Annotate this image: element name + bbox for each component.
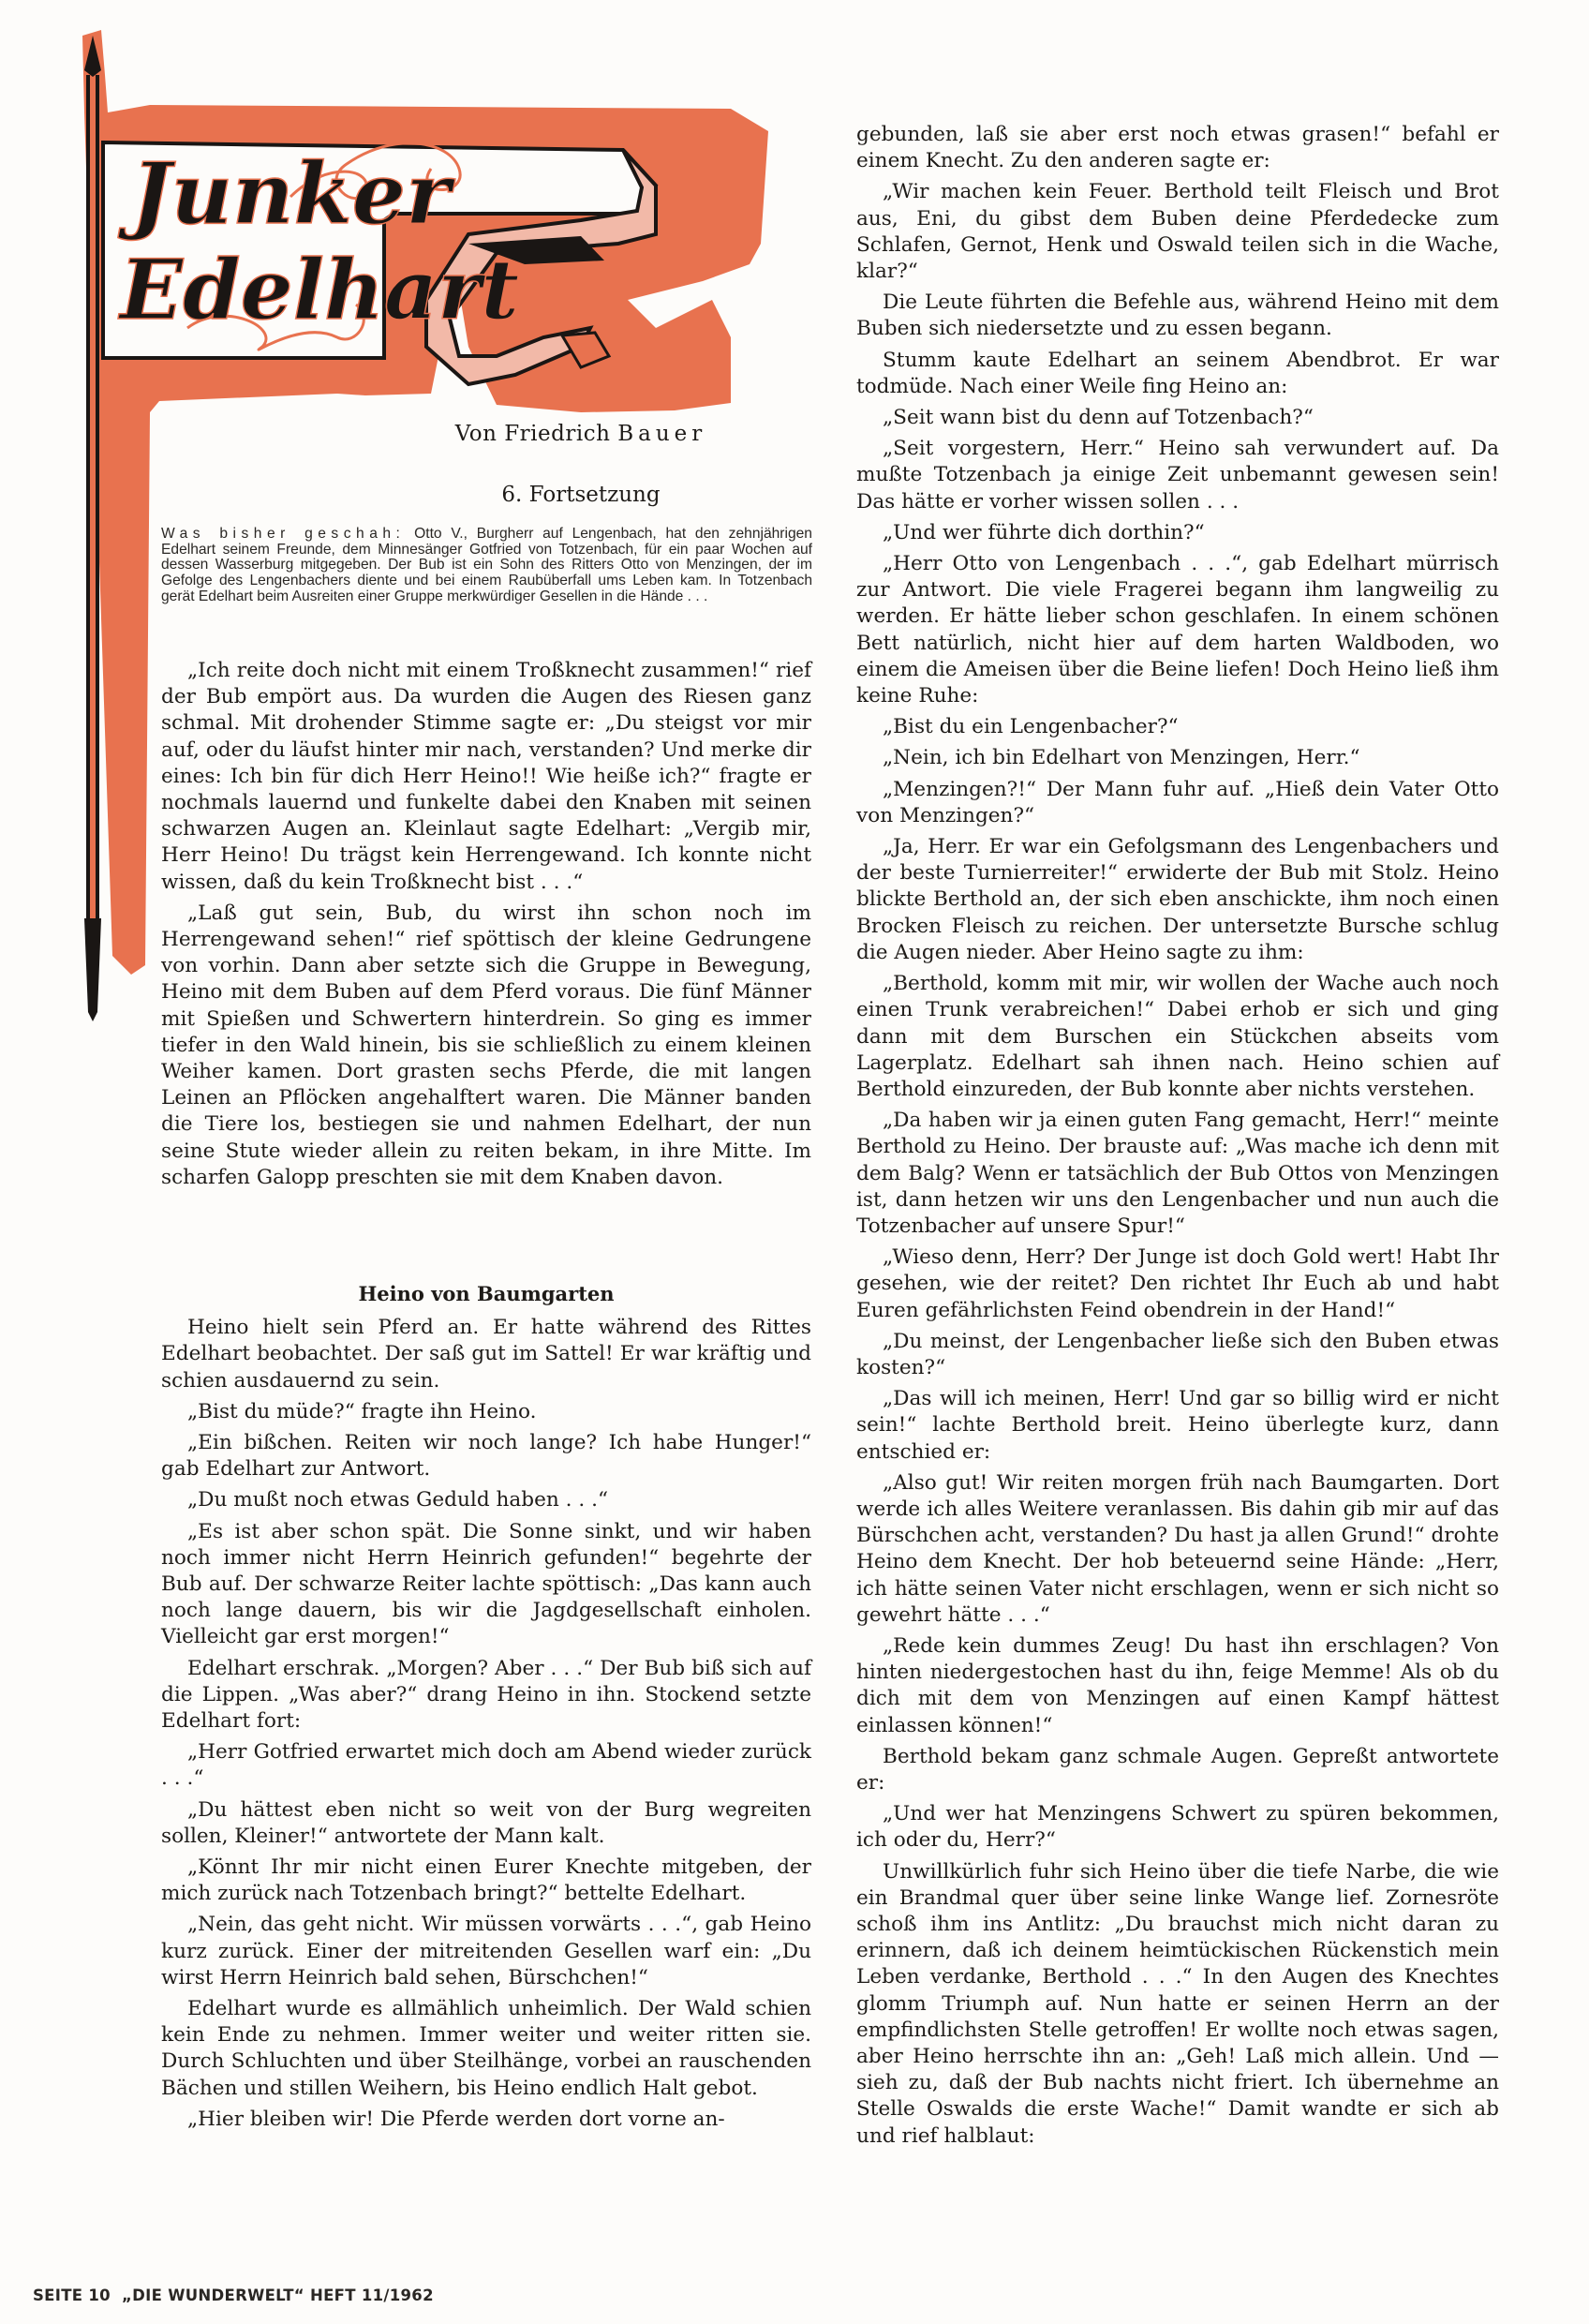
paragraph: „Nein, ich bin Edelhart von Menzingen, H… bbox=[856, 745, 1499, 771]
paragraph: „Seit vorgestern, Herr.“ Heino sah verwu… bbox=[856, 436, 1499, 515]
page-footer: SEITE 10 „DIE WUNDERWELT“ HEFT 11/1962 bbox=[33, 2287, 434, 2304]
paragraph: „Bist du ein Lengenbacher?“ bbox=[856, 714, 1499, 740]
byline-author: Bauer bbox=[617, 422, 706, 446]
byline: Von Friedrich Bauer bbox=[347, 422, 815, 446]
paragraph-continuation: gebunden, laß sie aber erst noch etwas g… bbox=[856, 122, 1499, 174]
byline-prefix: Von Friedrich bbox=[455, 422, 611, 446]
paragraph: „Du hättest eben nicht so weit von der B… bbox=[161, 1797, 811, 1850]
paragraph: Heino hielt sein Pferd an. Er hatte währ… bbox=[161, 1315, 811, 1394]
paragraph: Die Leute führten die Befehle aus, währe… bbox=[856, 290, 1499, 342]
subheading: Heino von Baumgarten bbox=[161, 1281, 811, 1307]
installment-label: 6. Fortsetzung bbox=[347, 483, 815, 507]
paragraph: „Du mußt noch etwas Geduld haben . . .“ bbox=[161, 1487, 811, 1513]
paragraph: „Und wer hat Menzingens Schwert zu spüre… bbox=[856, 1801, 1499, 1854]
paragraph: „Also gut! Wir reiten morgen früh nach B… bbox=[856, 1470, 1499, 1629]
paragraph: „Und wer führte dich dorthin?“ bbox=[856, 520, 1499, 546]
paragraph: Stumm kaute Edelhart an seinem Abendbrot… bbox=[856, 348, 1499, 400]
paragraph: „Es ist aber schon spät. Die Sonne sinkt… bbox=[161, 1519, 811, 1651]
left-column-top: „Ich reite doch nicht mit einem Troßknec… bbox=[161, 658, 811, 1196]
pole-foot bbox=[84, 918, 101, 1021]
paragraph: „Das will ich meinen, Herr! Und gar so b… bbox=[856, 1386, 1499, 1466]
paragraph: Edelhart wurde es allmählich unheimlich.… bbox=[161, 1996, 811, 2102]
paragraph: „Berthold, komm mit mir, wir wollen der … bbox=[856, 971, 1499, 1103]
paragraph: „Seit wann bist du denn auf Totzenbach?“ bbox=[856, 405, 1499, 431]
left-column-bottom: Heino von Baumgarten Heino hielt sein Pf… bbox=[161, 1272, 811, 2138]
paragraph: „Ein bißchen. Reiten wir noch lange? Ich… bbox=[161, 1430, 811, 1482]
paragraph: Edelhart erschrak. „Morgen? Aber . . .“ … bbox=[161, 1656, 811, 1736]
paragraph: „Ich reite doch nicht mit einem Troßknec… bbox=[161, 658, 811, 896]
title-line2: Edelhart bbox=[117, 241, 519, 338]
summary-lead: Was bisher geschah: bbox=[161, 526, 405, 542]
title-line1: Junker bbox=[117, 144, 455, 244]
paragraph: „Da haben wir ja einen guten Fang gemach… bbox=[856, 1108, 1499, 1240]
paragraph: „Ja, Herr. Er war ein Gefolgsmann des Le… bbox=[856, 834, 1499, 966]
paragraph: „Hier bleiben wir! Die Pferde werden dor… bbox=[161, 2107, 811, 2133]
paragraph: „Wir machen kein Feuer. Berthold teilt F… bbox=[856, 179, 1499, 285]
paragraph: Berthold bekam ganz schmale Augen. Gepre… bbox=[856, 1744, 1499, 1796]
paragraph: „Bist du müde?“ fragte ihn Heino. bbox=[161, 1399, 811, 1425]
paragraph: „Laß gut sein, Bub, du wirst ihn schon n… bbox=[161, 901, 811, 1191]
paragraph: „Könnt Ihr mir nicht einen Eurer Knechte… bbox=[161, 1855, 811, 1907]
paragraph: Unwillkürlich fuhr sich Heino über die t… bbox=[856, 1859, 1499, 2150]
story-summary: Was bisher geschah: Otto V., Burgherr au… bbox=[161, 527, 812, 605]
paragraph: „Herr Otto von Lengenbach . . .“, gab Ed… bbox=[856, 551, 1499, 709]
paragraph: „Rede kein dummes Zeug! Du hast ihn ersc… bbox=[856, 1633, 1499, 1739]
paragraph: „Herr Gotfried erwartet mich doch am Abe… bbox=[161, 1739, 811, 1792]
right-column: gebunden, laß sie aber erst noch etwas g… bbox=[856, 122, 1499, 2154]
paragraph: „Menzingen?!“ Der Mann fuhr auf. „Hieß d… bbox=[856, 777, 1499, 829]
paragraph: „Nein, das geht nicht. Wir müssen vorwär… bbox=[161, 1912, 811, 1991]
paragraph: „Wieso denn, Herr? Der Junge ist doch Go… bbox=[856, 1244, 1499, 1324]
paragraph: „Du meinst, der Lengenbacher ließe sich … bbox=[856, 1329, 1499, 1381]
